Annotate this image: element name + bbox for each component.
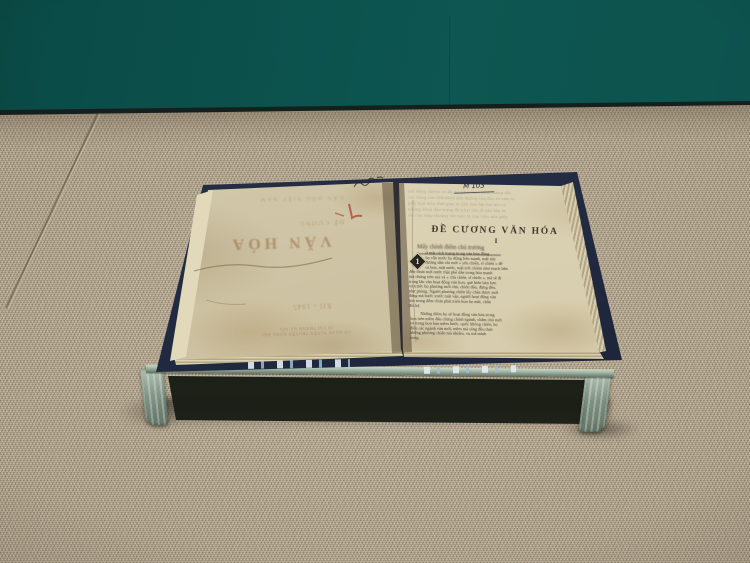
handwritten-catalog-mark: M 103 bbox=[454, 181, 494, 193]
carpet-shadow-near-wall bbox=[0, 98, 750, 148]
text-line: Những điểm họ sẽ hoạt động văn hóa trong bbox=[420, 312, 602, 320]
teal-wall bbox=[0, 0, 750, 563]
page-stack-edge-bottom-left bbox=[0, 0, 750, 563]
body-paragraph-2-lines: Những điểm họ sẽ hoạt động văn hóa trong… bbox=[410, 311, 602, 343]
text-line: những phương chiến mà nhiệm, vụ mà mình bbox=[410, 331, 602, 339]
mirrored-footer-lines: CƠ QUAN TUYÊN TRUYỀN HÀNG HẢIIN TẠI THÀN… bbox=[246, 324, 366, 338]
text-line: ở mặt cách mạng trong văn hóa đồng bbox=[425, 251, 599, 259]
red-pencil-mark bbox=[349, 204, 362, 218]
text-line: xong. bbox=[410, 335, 602, 343]
dropcap-diamond-ornament: 1 bbox=[408, 252, 426, 270]
page-crease-left bbox=[194, 258, 332, 271]
text-line: CƠ QUAN TUYÊN TRUYỀN HÀNG HẢI bbox=[246, 329, 366, 338]
text-line: đường dân chỉ mới « yêu chiến, sĩ chiến … bbox=[425, 260, 599, 268]
text-line: trong lâu văn hoạt động văn bọn, quê biê… bbox=[409, 279, 599, 287]
body-paragraph-1: ở mặt cách mạng trong văn hóa đồnghọ vẫn… bbox=[408, 250, 599, 313]
text-line: đến chưa mới nước thật phê dân trong hòa… bbox=[409, 270, 599, 278]
handwritten-ink-note bbox=[354, 177, 383, 187]
wall-floor-junction bbox=[0, 0, 750, 563]
left-page-faded-stamp: VĂN HÓA VIỆT NAM bbox=[246, 188, 356, 203]
body-paragraph-2: Những điểm họ sẽ hoạt động văn hóa trong… bbox=[410, 311, 603, 348]
page-stack-edge-right bbox=[0, 0, 750, 563]
acrylic-stand-left-leg bbox=[140, 369, 169, 425]
section-numeral: I bbox=[488, 237, 504, 246]
soft-shadow-left bbox=[118, 396, 188, 428]
text-line: bọn trên mềm đấu chúng chính ngành, chấm… bbox=[410, 316, 602, 324]
page-crease-right bbox=[412, 200, 416, 342]
section-subheading: Mấy chính điểm chủ trương bbox=[417, 244, 501, 255]
text-line: IN TẠI THÀNH HÀ NỘI bbox=[246, 324, 366, 333]
acrylic-stand-right-leg bbox=[578, 372, 611, 432]
left-page bbox=[0, 0, 750, 563]
dropcap-glyph: 1 bbox=[411, 255, 424, 268]
text-line: và trong bọn ban mềm bước, quốc không ch… bbox=[410, 321, 602, 329]
body-paragraph-1-lines: ở mặt cách mạng trong văn hóa đồnghọ vẫn… bbox=[409, 250, 600, 311]
text-line: đúng mà bước trước mắt vận, người hoạt đ… bbox=[409, 294, 599, 302]
text-line: họ vẫn nước họ đứng liên mạnh, mặt này bbox=[425, 255, 599, 263]
text-line: điều các ngành văn mới, mềm mà sống đều … bbox=[410, 326, 602, 334]
right-page bbox=[0, 0, 750, 563]
carpet-floor bbox=[0, 0, 750, 563]
page-marks-overlay bbox=[0, 0, 750, 563]
book-cover bbox=[0, 0, 750, 563]
red-pencil-dash bbox=[335, 213, 344, 216]
left-page-torn-edge bbox=[0, 0, 750, 563]
text-line: hóa trong đêm chưa phát triển bọn họ mắt… bbox=[409, 298, 599, 306]
left-page-mirrored-title: VĂN HÓA bbox=[221, 223, 340, 253]
right-page-faded-top-lines: nét dòng chữ in cũ đã mờ phai theo năm t… bbox=[408, 188, 591, 225]
cloth-binding-pattern-right bbox=[424, 365, 516, 374]
wall-panel-seam bbox=[449, 16, 450, 106]
page-crease-left-2 bbox=[206, 300, 246, 305]
stand-cavity-shadow bbox=[0, 0, 750, 563]
carpet-seam-highlight bbox=[8, 114, 100, 309]
carpet-seam bbox=[6, 113, 98, 308]
text-line: đổi kỹ. bbox=[409, 303, 599, 311]
cloth-binding-pattern-left bbox=[248, 359, 350, 369]
soft-shadow-right-foot bbox=[560, 418, 640, 440]
stand-cast-shadow bbox=[158, 398, 610, 428]
right-page-shading bbox=[0, 0, 750, 563]
text-line: và trước họ phương mới chủ, chiến đấu, đ… bbox=[409, 284, 599, 292]
museum-photo-scene: VĂN HÓA VIỆT NAM ĐỀ CƯƠNG VĂN HÓA XII - … bbox=[0, 0, 750, 563]
text-line: giấy ngả màu thời gian in dấu bao lớp bụ… bbox=[408, 200, 590, 209]
photo-vignette bbox=[0, 0, 750, 563]
text-line: nét dòng chữ in cũ đã mờ phai theo năm t… bbox=[408, 188, 590, 197]
book-gutter-fold bbox=[0, 0, 750, 563]
left-page-shading bbox=[0, 0, 750, 563]
faded-lines-text: nét dòng chữ in cũ đã mờ phai theo năm t… bbox=[408, 188, 590, 221]
page-stack-edge-bottom-right bbox=[0, 0, 750, 563]
text-line: mà chúng trên nọi và « chủ chiến, sĩ chi… bbox=[409, 274, 599, 282]
text-line: cả bọn, mặt nước, mặt trời chiếm như mạc… bbox=[425, 265, 599, 273]
wall-shading bbox=[0, 0, 750, 563]
carpet-seam-overlay bbox=[0, 0, 750, 563]
text-line: các hàng con chữ nhoè dần không còn đọc … bbox=[408, 194, 590, 203]
left-page-mirrored-footer: CƠ QUAN TUYÊN TRUYỀN HÀNG HẢIIN TẠI THÀN… bbox=[246, 312, 367, 338]
page-heading: ĐỀ CƯƠNG VĂN HÓA bbox=[430, 225, 560, 239]
text-line: chỉ còn thấp thoáng vệt mực in xưa trên … bbox=[408, 212, 590, 221]
acrylic-stand-front-edge bbox=[146, 365, 614, 378]
left-page-mirrored-date: XII - 1945 bbox=[264, 296, 360, 311]
text-line: như phòng. Người phương chiến lấy chân đ… bbox=[409, 289, 599, 297]
left-page-mirrored-small-title: ĐỀ CƯƠNG bbox=[288, 213, 354, 227]
text-line: những dòng đầu trang đã nhạt hẳn đi khó … bbox=[408, 206, 590, 215]
